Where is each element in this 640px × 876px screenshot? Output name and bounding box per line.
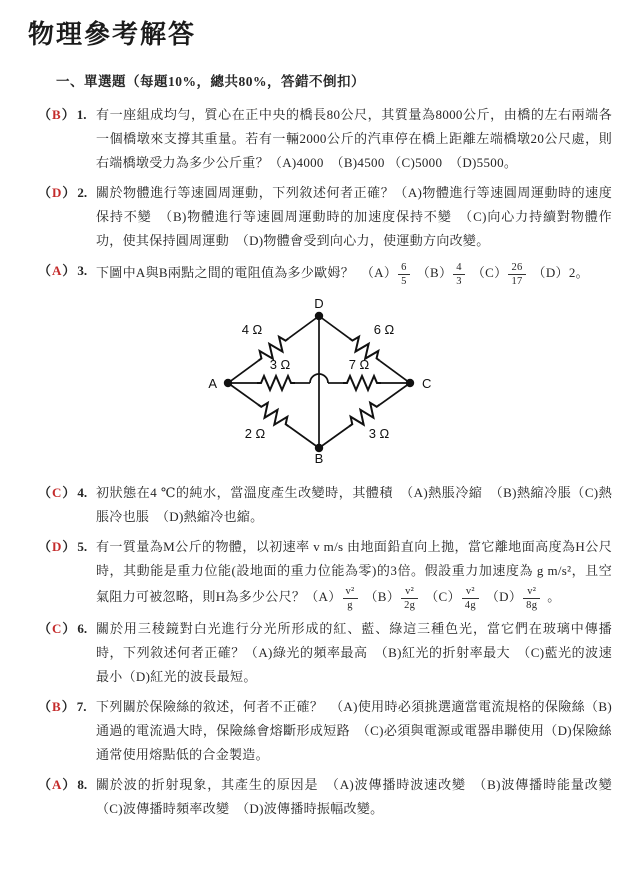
paren-open: （ [38, 263, 51, 278]
question-1: （B）1. 有一座組成均勻，質心在正中央的橋長80公尺，其質量為8000公斤，由… [38, 103, 612, 175]
paren-close: ） [62, 539, 75, 554]
wire-a-d [228, 361, 258, 383]
question-5: （D）5. 有一質量為M公斤的物體，以初速率 v m/s 由地面鉛直向上拋，當它… [38, 535, 612, 611]
paren-close: ） [62, 107, 75, 122]
answer-badge: （B）1. [38, 103, 86, 127]
sentence-end: 。 [547, 589, 560, 604]
answer-letter: D [51, 185, 62, 200]
resistor-7ohm [343, 376, 381, 390]
answer-letter: A [51, 263, 62, 278]
node-dot-a [224, 379, 232, 387]
fraction-numerator: v² [343, 586, 358, 599]
paren-close: ） [62, 777, 75, 792]
answer-badge: （D）5. [38, 535, 87, 559]
fraction: v²g [343, 586, 358, 611]
option-b: （B）43 [417, 265, 466, 280]
fraction-denominator: 2g [401, 599, 418, 611]
wire-b-c [319, 427, 349, 449]
option-label: （D） [533, 265, 569, 280]
resistor-label-3ohm-bottom: 3 Ω [369, 426, 390, 441]
node-label-a: A [208, 376, 217, 391]
fraction-denominator: 8g [523, 599, 540, 611]
question-number: 3. [75, 263, 87, 278]
answer-letter: B [51, 107, 62, 122]
option-d: （D）2。 [533, 265, 589, 280]
question-number: 6. [75, 621, 87, 636]
fraction-numerator: v² [462, 586, 479, 599]
paren-open: （ [38, 539, 51, 554]
wire-b-c [380, 383, 410, 405]
paren-close: ） [62, 185, 75, 200]
fraction-numerator: 4 [453, 262, 465, 275]
answer-badge: （A）8. [38, 773, 87, 797]
paren-open: （ [38, 485, 51, 500]
option-label: （A） [367, 265, 397, 280]
circuit-svg: D A C B 4 Ω 6 Ω 3 Ω 7 Ω 2 Ω 3 Ω [195, 295, 445, 467]
question-7: （B）7. 下列關於保險絲的敘述，何者不正確？ （A)使用時必須挑選適當電流規格… [38, 695, 612, 767]
option-b: （B）v²2g [365, 589, 420, 604]
fraction-numerator: v² [401, 586, 418, 599]
wire-a-b [228, 383, 258, 405]
option-a: （A）v²g [305, 589, 358, 604]
question-number: 2. [75, 185, 87, 200]
fraction: v²4g [462, 586, 479, 611]
wire-a-d [289, 316, 319, 338]
fraction: 65 [398, 262, 410, 287]
paren-close: ） [62, 485, 75, 500]
fraction-denominator: 3 [453, 275, 465, 287]
answer-badge: （A）3. [38, 259, 87, 283]
fraction-denominator: 17 [508, 275, 525, 287]
option-label: （C） [472, 265, 508, 280]
paren-close: ） [62, 699, 75, 714]
question-number: 1. [75, 107, 87, 122]
fraction: 43 [453, 262, 465, 287]
option-label: （B） [365, 589, 401, 604]
section-heading: 一、單選題（每題10%，總共80%，答錯不倒扣） [56, 70, 612, 90]
option-label: （A） [305, 589, 341, 604]
resistor-label-6ohm: 6 Ω [374, 322, 395, 337]
resistor-label-7ohm: 7 Ω [349, 357, 370, 372]
fraction-numerator: 6 [398, 262, 410, 275]
paren-open: （ [38, 699, 51, 714]
node-label-d: D [314, 296, 323, 311]
question-text: 有一座組成均勻，質心在正中央的橋長80公尺，其質量為8000公斤，由橋的左右兩端… [96, 103, 612, 175]
paren-close: ） [62, 263, 75, 278]
node-label-c: C [422, 376, 431, 391]
question-text: 關於波的折射現象，其產生的原因是 （A)波傳播時波速改變 （B)波傳播時能量改變… [96, 773, 612, 821]
answer-badge: （C）6. [38, 617, 87, 641]
question-6: （C）6. 關於用三稜鏡對白光進行分光所形成的紅、藍、綠這三種色光，當它們在玻璃… [38, 617, 612, 689]
answer-letter: A [51, 777, 62, 792]
answer-letter: D [51, 539, 62, 554]
question-text: 關於物體進行等速圓周運動，下列敘述何者正確？（A)物體進行等速圓周運動時的速度保… [96, 181, 612, 253]
option-d: （D）v²8g [486, 589, 541, 604]
option-label: （B） [417, 265, 453, 280]
answer-badge: （D）2. [38, 181, 87, 205]
exam-answer-page: 物理參考解答 一、單選題（每題10%，總共80%，答錯不倒扣） （B）1. 有一… [0, 0, 640, 876]
question-number: 8. [75, 777, 87, 792]
fraction-denominator: g [343, 599, 358, 611]
question-number: 4. [75, 485, 87, 500]
resistor-label-4ohm: 4 Ω [242, 322, 263, 337]
question-number: 7. [75, 699, 87, 714]
question-3: （A）3. 下圖中A與B兩點之間的電阻值為多少歐姆？ （A）65（B）43（C）… [38, 259, 612, 287]
wire-a-b [289, 427, 319, 449]
resistor-label-2ohm: 2 Ω [245, 426, 266, 441]
question-stem: 下圖中A與B兩點之間的電阻值為多少歐姆？ [96, 265, 367, 280]
fraction-denominator: 5 [398, 275, 410, 287]
fraction-numerator: v² [523, 586, 540, 599]
node-dot-d [315, 312, 323, 320]
fraction-denominator: 4g [462, 599, 479, 611]
option-a: （A）65 [367, 265, 410, 280]
answer-badge: （B）7. [38, 695, 86, 719]
question-text: 初狀態在4 ℃的純水，當溫度產生改變時，其體積 （A)熱脹冷縮 （B)熱縮冷脹（… [96, 481, 612, 529]
resistor-3ohm-middle [257, 376, 295, 390]
question-text: 下列關於保險絲的敘述，何者不正確？ （A)使用時必須挑選適當電流規格的保險絲（B… [96, 695, 612, 767]
document-body: 一、單選題（每題10%，總共80%，答錯不倒扣） （B）1. 有一座組成均勻，質… [38, 70, 612, 827]
option-c: （C）v²4g [425, 589, 480, 604]
wire-d-c [319, 316, 349, 338]
answer-badge: （C）4. [38, 481, 87, 505]
fraction-numerator: 26 [508, 262, 525, 275]
resistor-label-3ohm-middle: 3 Ω [270, 357, 291, 372]
question-number: 5. [75, 539, 87, 554]
option-value: 2。 [569, 265, 589, 280]
wire-d-c [380, 361, 410, 383]
circuit-diagram: D A C B 4 Ω 6 Ω 3 Ω 7 Ω 2 Ω 3 Ω [195, 295, 445, 467]
paren-open: （ [38, 107, 51, 122]
question-text: 關於用三稜鏡對白光進行分光所形成的紅、藍、綠這三種色光，當它們在玻璃中傳播時，下… [96, 617, 612, 689]
node-dot-c [406, 379, 414, 387]
fraction: v²8g [523, 586, 540, 611]
question-2: （D）2. 關於物體進行等速圓周運動，下列敘述何者正確？（A)物體進行等速圓周運… [38, 181, 612, 253]
node-label-b: B [315, 451, 324, 466]
paren-close: ） [62, 621, 75, 636]
page-title: 物理參考解答 [28, 14, 196, 51]
option-c: （C）2617 [472, 265, 527, 280]
paren-open: （ [38, 777, 51, 792]
paren-open: （ [38, 621, 51, 636]
question-8: （A）8. 關於波的折射現象，其產生的原因是 （A)波傳播時波速改變 （B)波傳… [38, 773, 612, 821]
answer-letter: C [51, 621, 62, 636]
question-text: 下圖中A與B兩點之間的電阻值為多少歐姆？ （A）65（B）43（C）2617（D… [96, 259, 612, 287]
fraction: 2617 [508, 262, 525, 287]
option-label: （D） [486, 589, 522, 604]
fraction: v²2g [401, 586, 418, 611]
answer-letter: C [51, 485, 62, 500]
options-row: （A）v²g（B）v²2g（C）v²4g（D）v²8g。 [305, 589, 560, 604]
question-4: （C）4. 初狀態在4 ℃的純水，當溫度產生改變時，其體積 （A)熱脹冷縮 （B… [38, 481, 612, 529]
question-text: 有一質量為M公斤的物體，以初速率 v m/s 由地面鉛直向上拋，當它離地面高度為… [96, 535, 612, 611]
option-label: （C） [425, 589, 461, 604]
paren-open: （ [38, 185, 51, 200]
answer-letter: B [51, 699, 62, 714]
